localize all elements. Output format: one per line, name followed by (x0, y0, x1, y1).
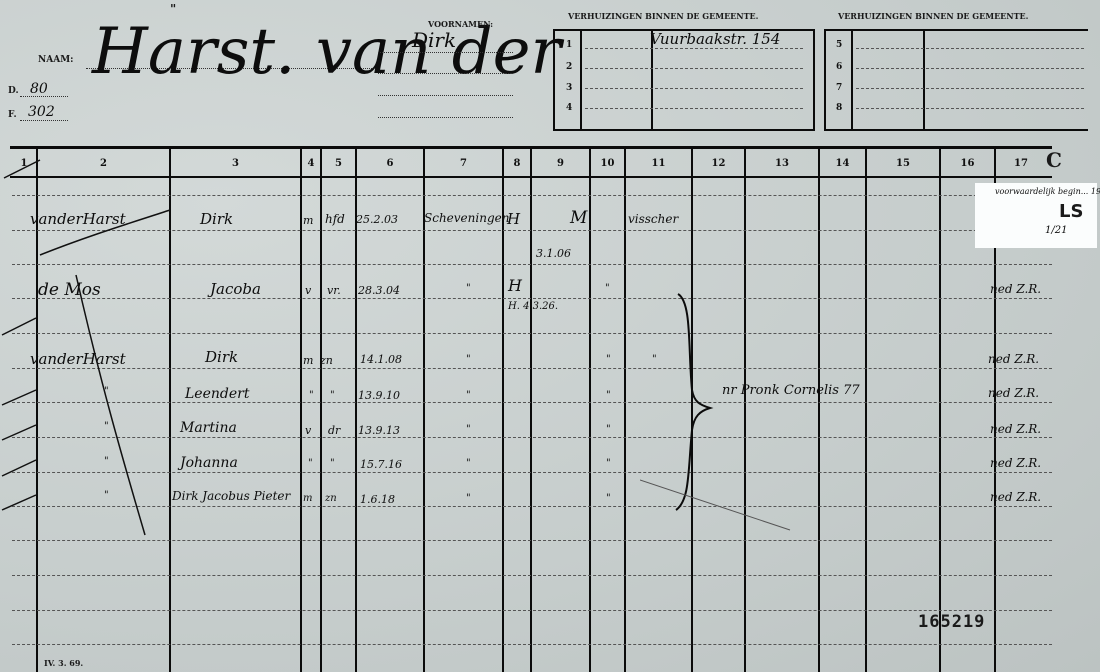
nationality: ned Z.R. (990, 490, 1041, 504)
move-rule-7 (856, 88, 1084, 89)
relation: " (330, 458, 335, 469)
stamp-date: 1/21 (1045, 225, 1067, 236)
col-header-10: 10 (591, 158, 624, 169)
col-line-14 (865, 148, 867, 672)
top-mark: " (170, 2, 176, 16)
col-line-4 (320, 148, 322, 672)
f-label: F. (8, 110, 17, 120)
marital-status: " (606, 458, 611, 469)
stray-line (640, 470, 800, 540)
birthplace: " (466, 424, 471, 435)
birth-date: 25.2.03 (356, 213, 398, 226)
marital-status: " (606, 390, 611, 401)
move-num-1: 1 (566, 40, 572, 50)
col-header-9: 9 (532, 158, 589, 169)
col-header-11: 11 (626, 158, 691, 169)
col-line-12 (744, 148, 746, 672)
moves-box-right (824, 29, 1088, 131)
relation: zn (320, 354, 333, 367)
birthplace: " (466, 390, 471, 401)
col-line-8 (530, 148, 532, 672)
nationality: ned Z.R. (990, 456, 1041, 470)
col-header-8: 8 (504, 158, 530, 169)
birth-date: 15.7.16 (360, 458, 402, 471)
moves-right-divider-2 (923, 29, 925, 129)
col-line-10 (624, 148, 626, 672)
col-header-16: 16 (941, 158, 994, 169)
row-rule (12, 575, 1052, 576)
birthplace: " (466, 493, 471, 504)
col-header-12: 12 (693, 158, 744, 169)
d-value: 80 (30, 81, 48, 97)
nationality: ned Z.R. (988, 386, 1039, 400)
ls-stamp: voorwaardelijk begin... 1921 LS 1/21 (975, 183, 1097, 248)
naam-label: NAAM: (38, 55, 73, 65)
move-rule-3 (585, 88, 803, 89)
move-num-4: 4 (566, 103, 572, 113)
birth-date: 14.1.08 (360, 353, 402, 366)
religion-change: H. 4.3.26. (508, 301, 558, 312)
sex: v (305, 424, 311, 437)
col-header-15: 15 (867, 158, 939, 169)
row-rule (12, 610, 1052, 611)
col-header-4: 4 (302, 158, 320, 169)
move-rule-8 (856, 108, 1084, 109)
move-num-7: 7 (836, 83, 842, 93)
move-num-2: 2 (566, 62, 572, 72)
relation: dr (328, 424, 340, 437)
moves-left-divider-1 (580, 29, 582, 129)
sex: m (303, 354, 313, 367)
voornamen-value: Dirk (412, 28, 456, 52)
f-line (20, 120, 68, 121)
col-line-13 (818, 148, 820, 672)
form-code: IV. 3. 69. (44, 658, 83, 668)
marital-status: " (605, 283, 610, 294)
birth-date: 28.3.04 (358, 284, 400, 297)
given-names: Dirk (200, 210, 233, 228)
sex: " (309, 390, 314, 401)
marital-status: " (606, 354, 611, 365)
relation: hfd (325, 212, 345, 226)
move-rule-2 (585, 68, 803, 69)
moves-title-left: VERHUIZINGEN BINNEN DE GEMEENTE. (568, 11, 758, 21)
sex: " (308, 458, 313, 469)
corner-mark: C (1046, 148, 1062, 172)
population-register-card: NAAM: Harst. van der " D. 80 F. 302 VOOR… (0, 0, 1100, 672)
birth-date: 13.9.10 (358, 389, 400, 402)
given-names: Dirk (205, 348, 238, 366)
voornamen-line-1 (378, 52, 513, 53)
voornamen-line-2 (378, 73, 513, 74)
move-rule-5 (856, 48, 1084, 49)
col-header-5: 5 (322, 158, 355, 169)
religion: H (507, 210, 520, 228)
relation: zn (325, 493, 337, 504)
marital-status: " (606, 424, 611, 435)
f-value: 302 (28, 104, 55, 120)
birthplace: " (466, 458, 471, 469)
col-line-6 (423, 148, 425, 672)
col-line-3 (300, 148, 302, 672)
birth-date: 1.6.18 (360, 493, 395, 506)
birth-date: 13.9.13 (358, 424, 400, 437)
move-rule-4 (585, 108, 803, 109)
serial-number: 165219 (918, 612, 985, 632)
bracket-note: nr Pronk Cornelis 77 (722, 383, 860, 398)
moves-right-divider-1 (851, 29, 853, 129)
voornamen-line-4 (378, 117, 513, 118)
voornamen-line-3 (378, 95, 513, 96)
sex: m (303, 493, 312, 504)
marital-status: " (606, 493, 611, 504)
given-names: Jacoba (210, 280, 261, 298)
nationality: ned Z.R. (990, 422, 1041, 436)
col-line-7 (502, 148, 504, 672)
move-num-3: 3 (566, 83, 572, 93)
sex: v (305, 284, 311, 297)
nationality: ned Z.R. (990, 282, 1041, 296)
birthplace: " (466, 283, 471, 294)
move-rule-6 (856, 68, 1084, 69)
d-label: D. (8, 86, 19, 96)
row-rule (12, 644, 1052, 645)
marital-status: M (570, 208, 587, 228)
nationality: ned Z.R. (988, 352, 1039, 366)
marriage-date: 3.1.06 (536, 247, 571, 260)
move-num-6: 6 (836, 62, 842, 72)
col-line-15 (939, 148, 941, 672)
stamp-text: LS (1059, 201, 1083, 222)
birthplace: Scheveningen (424, 211, 509, 225)
col-header-6: 6 (357, 158, 423, 169)
sex: m (303, 214, 313, 227)
col-header-13: 13 (746, 158, 818, 169)
occupation: visscher (628, 212, 678, 226)
occupation: " (652, 354, 657, 365)
move-num-5: 5 (836, 40, 842, 50)
religion: H (508, 276, 522, 295)
move-rule-1 (585, 48, 803, 49)
moves-title-right: VERHUIZINGEN BINNEN DE GEMEENTE. (838, 11, 1028, 21)
col-header-17: 17 (996, 158, 1046, 169)
birthplace: " (466, 354, 471, 365)
stamp-note: voorwaardelijk begin... 1921 (995, 187, 1100, 196)
col-line-5 (355, 148, 357, 672)
move-address-1: Vuurbaakstr. 154 (650, 30, 780, 48)
col-header-14: 14 (820, 158, 865, 169)
col-header-7: 7 (425, 158, 502, 169)
cancellation-strokes (0, 150, 200, 550)
move-num-8: 8 (836, 103, 842, 113)
relation: " (330, 390, 335, 401)
col-line-9 (589, 148, 591, 672)
relation: vr. (327, 284, 341, 297)
